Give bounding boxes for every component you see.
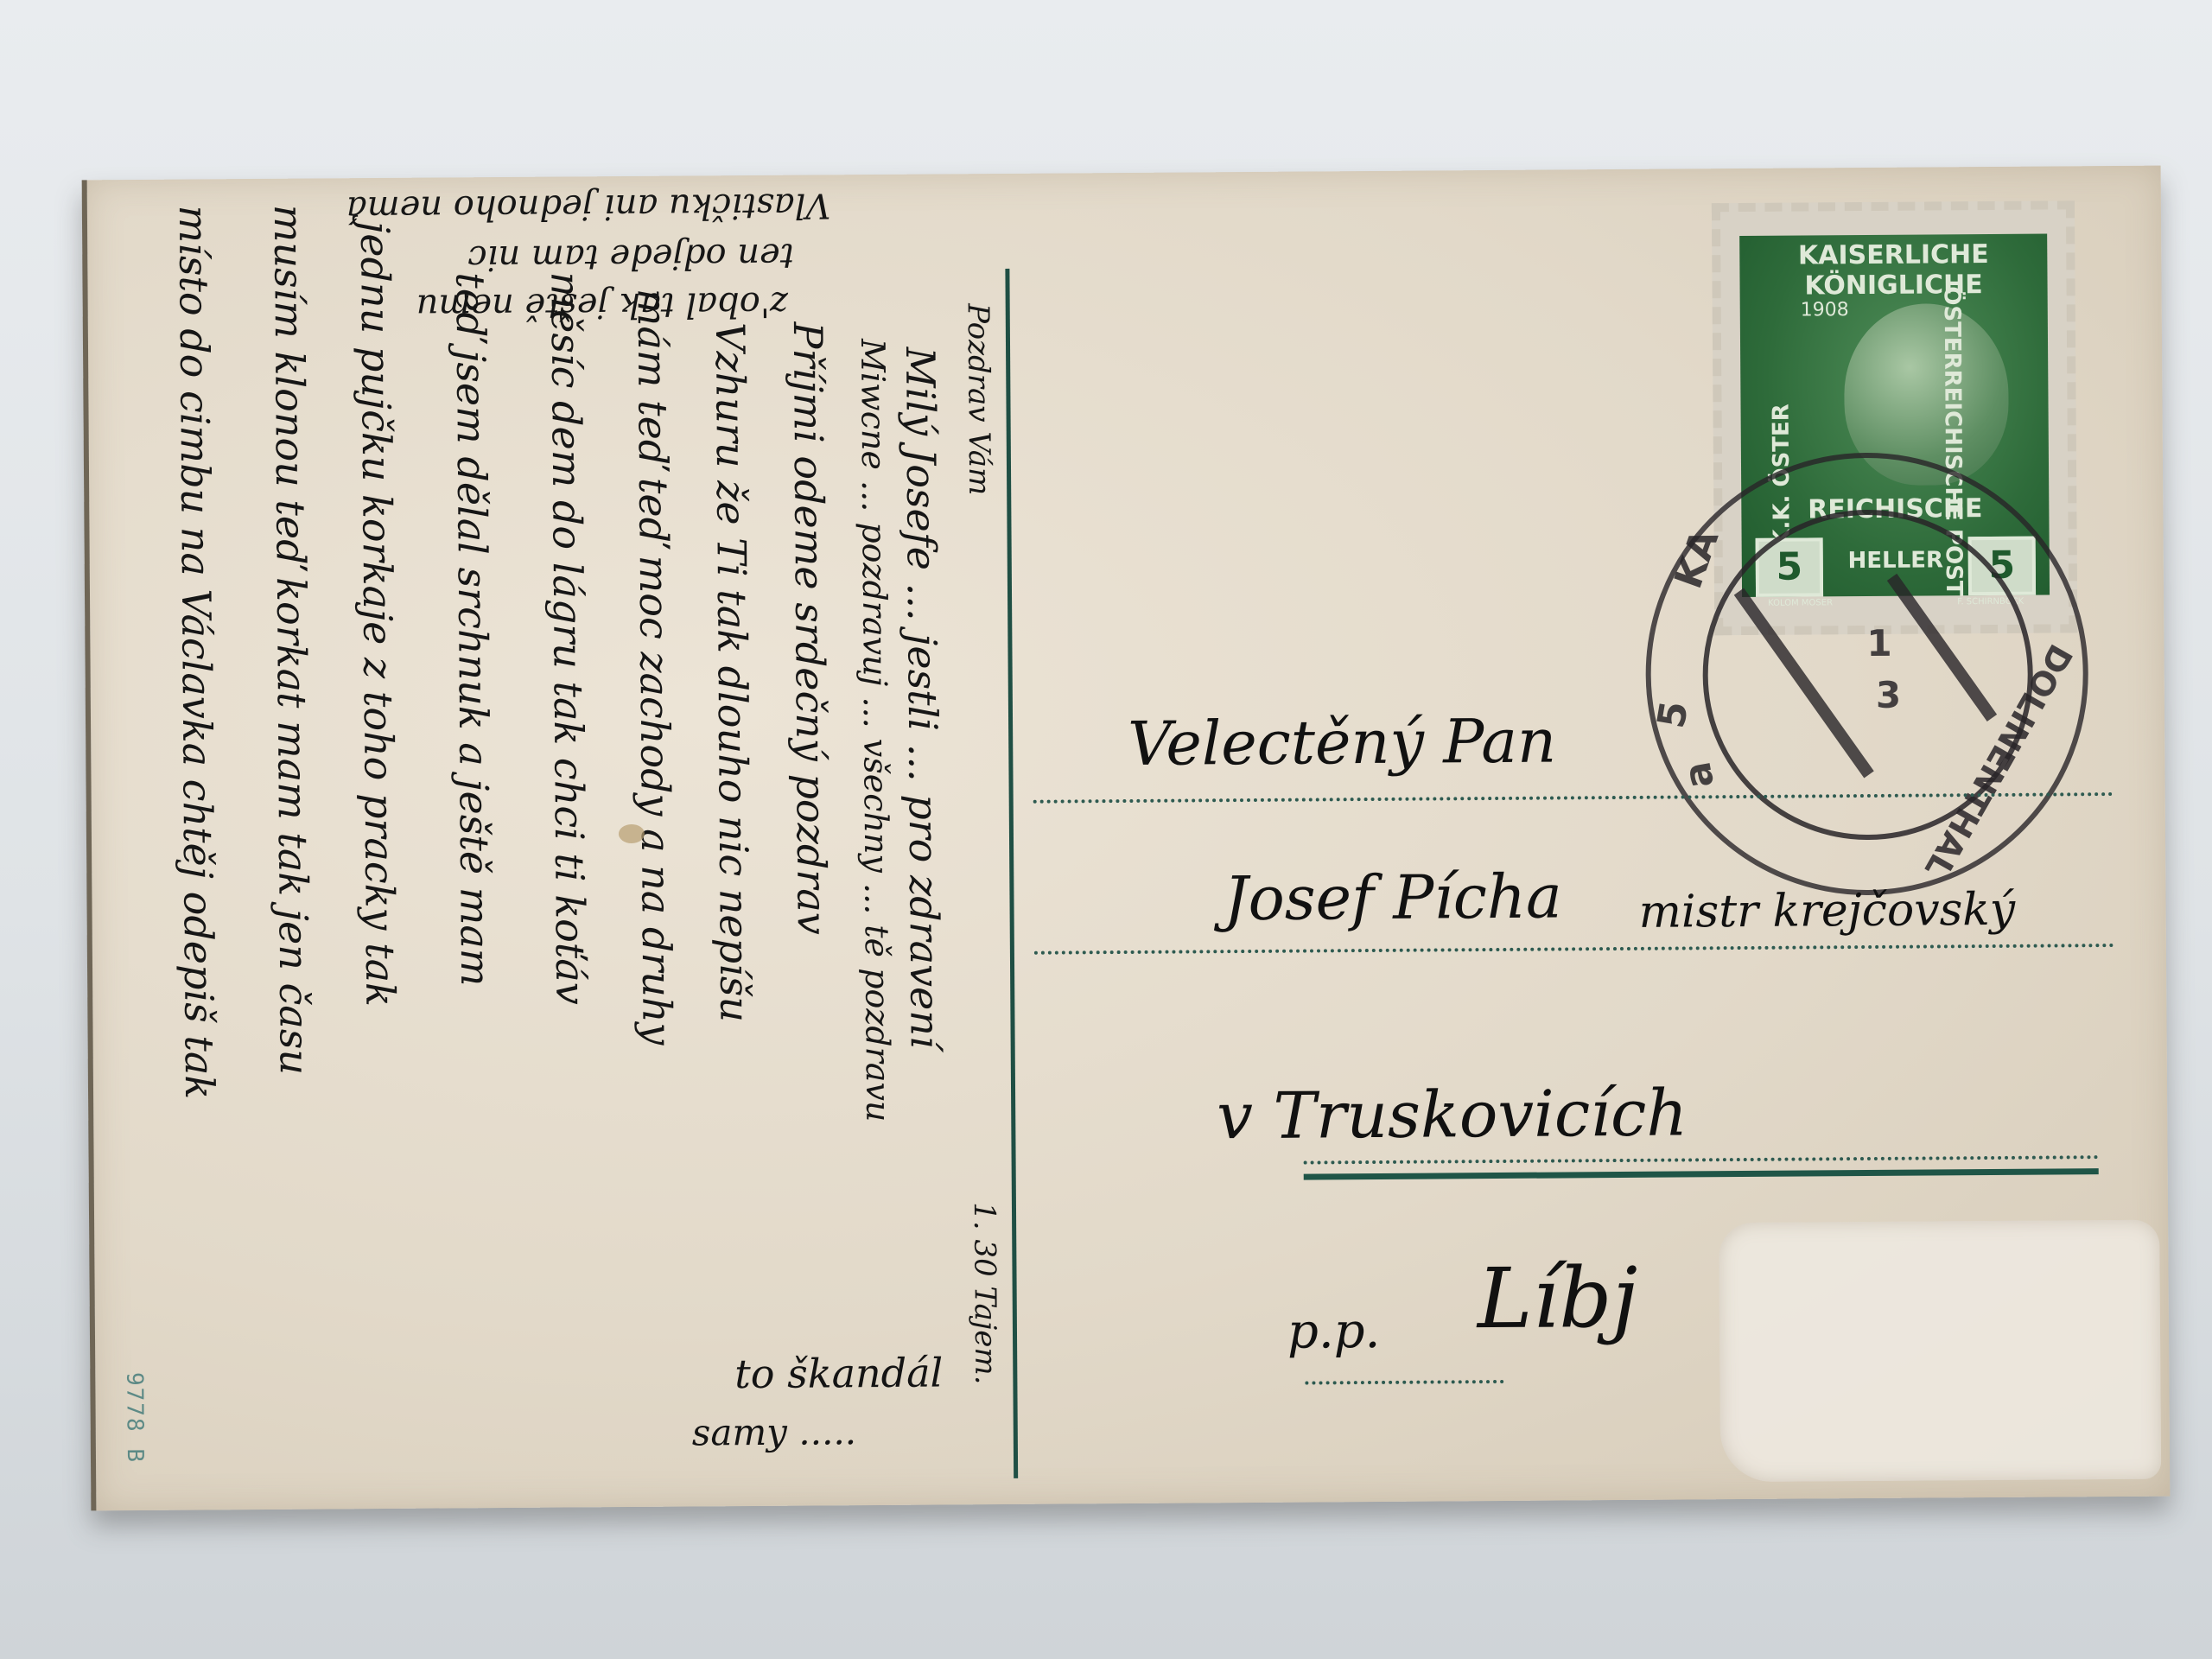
message-column-4: Příjmi odeme srdečný pozdrav [785,321,836,935]
address-salutation: Velectěný Pan [1128,706,1556,779]
printed-card-number: 9778 B [121,1372,148,1464]
message-closing-2: samy ..... [692,1410,857,1453]
message-column-5: Vzhuru že Ti tak dlouho nic nepíšu [707,322,759,1022]
message-column-10: musím klonou teď korkat mam tak jen času [265,205,318,1076]
postmark-letter: a [1675,759,1724,791]
message-column-7: měsíc dem do lágru tak chci ti koťáv [542,271,594,1005]
message-column-6: mám teď teď moc zachody a na druhy [629,289,681,1046]
address-line-4 [1305,1380,1503,1385]
message-column-11: místo do cimbu na Václavka chtěj odepiš … [170,205,223,1099]
address-post-office: Líbj [1477,1249,1637,1347]
message-column-9: jednu pujčku korkaje z toho pracky tak [352,221,404,1007]
message-upside-line-2: ten odjede tam nic [467,236,794,278]
postmark-date-2: 3 [1876,674,1902,716]
postmark-town: KA [1666,524,1727,594]
tape-residue [1719,1220,2161,1483]
message-closing-1: to škandál [734,1349,943,1397]
address-place: v Truskovicích [1217,1076,1688,1154]
postcard: Vlastičku ani jednoho nemá ten odjede ta… [82,166,2171,1511]
address-name: Josef Pícha [1224,861,1562,934]
message-column-1: Pozdrav Vám [961,303,997,495]
stamp-inscription-top: KAISERLICHE KÖNIGLICHE [1739,239,2047,302]
message-column-3: Miwcne ... pozdravuj ... všechny ... tě … [854,339,897,1122]
postmark: KA DOLINENTHAL 1 3 5 a [1644,451,2090,897]
postmark-date-1: 1 [1866,622,1892,664]
address-line-3-dotted [1304,1155,2099,1164]
address-post-office-prefix: p.p. [1287,1303,1381,1360]
message-date: 1. 30 Tajem. [967,1202,1002,1385]
card-divider-line [1005,269,1018,1478]
address-occupation: mistr krejčovský [1638,884,2015,938]
stain [619,824,645,843]
stamp-year: 1908 [1801,299,1849,321]
postmark-numeral: 5 [1649,698,1697,732]
message-upside-line-1: Vlastičku ani jednoho nemá [346,185,831,228]
address-line-2 [1034,944,2114,955]
message-column-2: Milý Josefe ... jestli ... pro zdravení [897,346,949,1048]
message-column-8: teď jsem dělal srchnuk a ještě mam [447,272,499,986]
address-line-3-underline [1304,1168,2099,1179]
